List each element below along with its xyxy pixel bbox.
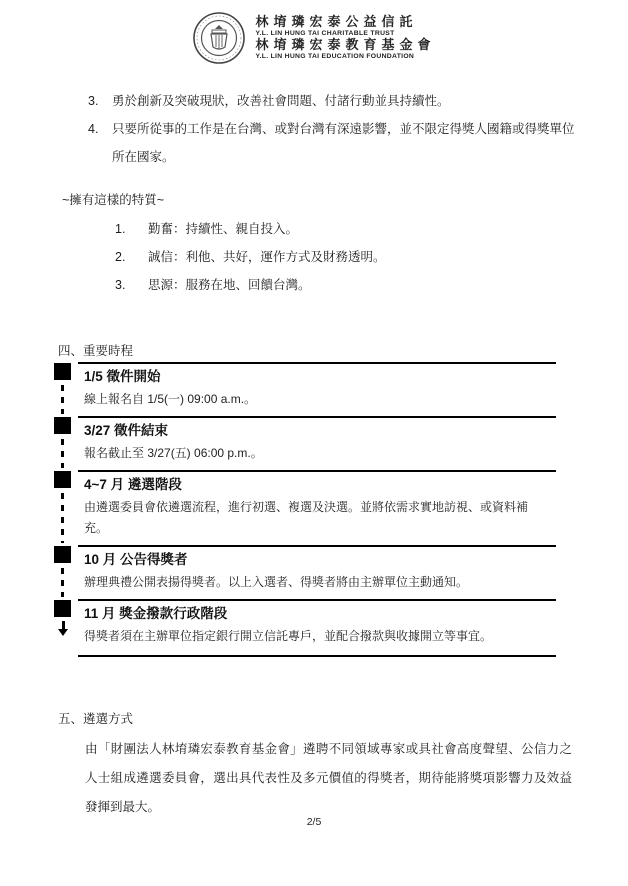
list-item-text: 誠信：利他、共好，運作方式及財務透明。 bbox=[148, 243, 578, 271]
timeline-marker bbox=[54, 599, 78, 657]
timeline-item-content: 11 月 獎金撥款行政階段 得獎者須在主辦單位指定銀行開立信託專戶，並配合撥款與… bbox=[78, 599, 556, 657]
timeline-item-content: 4~7 月 遴選階段 由遴選委員會依遴選流程，進行初選、複選及決選。並將依需求實… bbox=[78, 470, 556, 545]
document-page: 林堉璘宏泰公益信託 Y.L. LIN HUNG TAI CHARITABLE T… bbox=[0, 0, 628, 886]
timeline-marker bbox=[54, 416, 78, 470]
org-name-block: 林堉璘宏泰公益信託 Y.L. LIN HUNG TAI CHARITABLE T… bbox=[255, 15, 435, 61]
list-item-text: 勇於創新及突破現狀，改善社會問題、付諸行動並具持續性。 bbox=[112, 87, 578, 115]
timeline-connector-dashed-line bbox=[61, 439, 64, 468]
page-number: 2/5 bbox=[0, 816, 628, 828]
org-name-en-foundation: Y.L. LIN HUNG TAI EDUCATION FOUNDATION bbox=[255, 52, 435, 61]
timeline-item-title: 3/27 徵件結束 bbox=[84, 421, 556, 441]
list-item: 2. 誠信：利他、共好，運作方式及財務透明。 bbox=[115, 243, 578, 271]
list-item-number: 1. bbox=[115, 215, 148, 243]
timeline-item-title: 11 月 獎金撥款行政階段 bbox=[84, 604, 556, 624]
timeline-connector-dashed-line bbox=[61, 493, 64, 543]
milestone-square-icon bbox=[54, 417, 71, 434]
timeline-item-description: 線上報名自 1/5(一) 09:00 a.m.。 bbox=[84, 389, 546, 410]
list-item-number: 3. bbox=[115, 271, 148, 299]
timeline-item: 1/5 徵件開始 線上報名自 1/5(一) 09:00 a.m.。 bbox=[54, 362, 556, 416]
timeline-item-content: 10 月 公告得獎者 辦理典禮公開表揚得獎者。以上入選者、得獎者將由主辦單位主動… bbox=[78, 545, 556, 599]
timeline-item-title: 4~7 月 遴選階段 bbox=[84, 475, 556, 495]
list-item: 4. 只要所從事的工作是在台灣、或對台灣有深遠影響，並不限定得獎人國籍或得獎單位… bbox=[88, 115, 578, 171]
timeline-item-description: 由遴選委員會依遴選流程，進行初選、複選及決選。並將依需求實地訪視、或資料補充。 bbox=[84, 497, 546, 539]
timeline-item: 10 月 公告得獎者 辦理典禮公開表揚得獎者。以上入選者、得獎者將由主辦單位主動… bbox=[54, 545, 556, 599]
list-item-text: 只要所從事的工作是在台灣、或對台灣有深遠影響，並不限定得獎人國籍或得獎單位所在國… bbox=[112, 115, 578, 171]
milestone-square-icon bbox=[54, 363, 71, 380]
timeline-item-content: 3/27 徵件結束 報名截止至 3/27(五) 06:00 p.m.。 bbox=[78, 416, 556, 470]
timeline-marker bbox=[54, 545, 78, 599]
timeline-item-description: 辦理典禮公開表揚得獎者。以上入選者、得獎者將由主辦單位主動通知。 bbox=[84, 572, 546, 593]
traits-heading: ~擁有這樣的特質~ bbox=[62, 187, 578, 213]
list-item-number: 4. bbox=[88, 115, 112, 171]
criteria-list: 3. 勇於創新及突破現狀，改善社會問題、付諸行動並具持續性。 4. 只要所從事的… bbox=[88, 87, 578, 171]
milestone-square-icon bbox=[54, 600, 71, 617]
section-heading-important-dates: 四、重要時程 bbox=[58, 343, 628, 359]
foundation-seal-icon bbox=[192, 11, 246, 65]
timeline-item-title: 10 月 公告得獎者 bbox=[84, 550, 556, 570]
timeline-marker bbox=[54, 362, 78, 416]
timeline: 1/5 徵件開始 線上報名自 1/5(一) 09:00 a.m.。 3/27 徵… bbox=[54, 362, 556, 657]
timeline-item: 4~7 月 遴選階段 由遴選委員會依遴選流程，進行初選、複選及決選。並將依需求實… bbox=[54, 470, 556, 545]
selection-method-paragraph: 由「財團法人林堉璘宏泰教育基金會」遴聘不同領域專家或具社會高度聲望、公信力之人士… bbox=[85, 735, 572, 822]
list-item: 3. 勇於創新及突破現狀，改善社會問題、付諸行動並具持續性。 bbox=[88, 87, 578, 115]
timeline-item-title: 1/5 徵件開始 bbox=[84, 367, 556, 387]
timeline-item-description: 報名截止至 3/27(五) 06:00 p.m.。 bbox=[84, 443, 546, 464]
timeline-item-description: 得獎者須在主辦單位指定銀行開立信託專戶，並配合撥款與收據開立等事宜。 bbox=[84, 626, 546, 647]
timeline-connector-dashed-line bbox=[61, 568, 64, 597]
timeline-marker bbox=[54, 470, 78, 545]
down-arrow-icon bbox=[58, 621, 68, 636]
timeline-connector-dashed-line bbox=[61, 385, 64, 414]
timeline-item: 3/27 徵件結束 報名截止至 3/27(五) 06:00 p.m.。 bbox=[54, 416, 556, 470]
org-name-zh-trust: 林堉璘宏泰公益信託 bbox=[255, 15, 435, 29]
list-item: 3. 思源：服務在地、回饋台灣。 bbox=[115, 271, 578, 299]
org-name-zh-foundation: 林堉璘宏泰教育基金會 bbox=[255, 38, 435, 52]
timeline-item-content: 1/5 徵件開始 線上報名自 1/5(一) 09:00 a.m.。 bbox=[78, 362, 556, 416]
list-item-text: 思源：服務在地、回饋台灣。 bbox=[148, 271, 578, 299]
timeline-item: 11 月 獎金撥款行政階段 得獎者須在主辦單位指定銀行開立信託專戶，並配合撥款與… bbox=[54, 599, 556, 657]
section-heading-selection-method: 五、遴選方式 bbox=[58, 711, 628, 727]
list-item-number: 3. bbox=[88, 87, 112, 115]
traits-section: ~擁有這樣的特質~ 1. 勤奮：持續性、親自投入。 2. 誠信：利他、共好，運作… bbox=[62, 187, 578, 299]
list-item-text: 勤奮：持續性、親自投入。 bbox=[148, 215, 578, 243]
traits-list: 1. 勤奮：持續性、親自投入。 2. 誠信：利他、共好，運作方式及財務透明。 3… bbox=[115, 215, 578, 299]
document-header: 林堉璘宏泰公益信託 Y.L. LIN HUNG TAI CHARITABLE T… bbox=[0, 0, 628, 65]
milestone-square-icon bbox=[54, 471, 71, 488]
list-item-number: 2. bbox=[115, 243, 148, 271]
milestone-square-icon bbox=[54, 546, 71, 563]
list-item: 1. 勤奮：持續性、親自投入。 bbox=[115, 215, 578, 243]
